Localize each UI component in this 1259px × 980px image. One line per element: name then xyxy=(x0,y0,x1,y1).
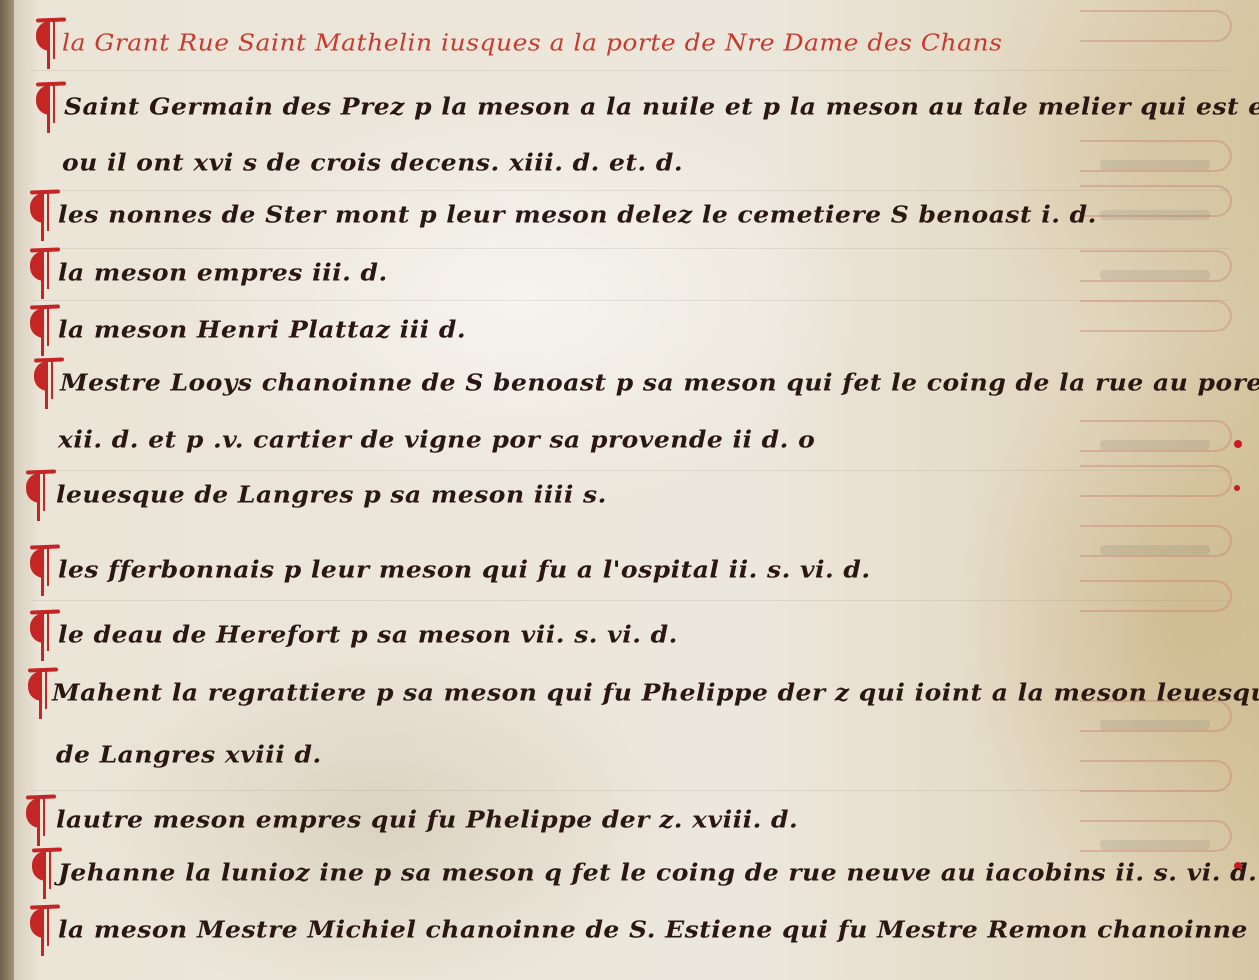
entry-text: Mestre Looys chanoinne de S benoast p sa… xyxy=(60,369,1259,397)
bleedthrough-text xyxy=(1100,160,1210,170)
entry-text: la meson Mestre Michiel chanoinne de S. … xyxy=(58,916,1248,944)
binding-gutter xyxy=(0,0,14,980)
ruling-line xyxy=(30,600,1230,601)
bleedthrough-text xyxy=(1100,720,1210,730)
pilcrow-icon xyxy=(30,545,54,601)
bleedthrough-text xyxy=(1100,270,1210,280)
pilcrow-icon xyxy=(36,82,60,138)
entry-text: la meson empres iii. d. xyxy=(58,259,388,287)
entry-continuation: ou il ont xvi s de crois decens. xiii. d… xyxy=(62,149,683,177)
pilcrow-icon xyxy=(26,795,50,851)
red-ink-dot xyxy=(1234,485,1240,491)
entry-text: Jehanne la lunioz ine p sa meson q fet l… xyxy=(58,859,1257,887)
entry-continuation: de Langres xviii d. xyxy=(56,741,322,769)
entry-text: les nonnes de Ster mont p leur meson del… xyxy=(58,201,1097,229)
bleedthrough-mark xyxy=(1080,465,1232,497)
pilcrow-icon xyxy=(30,610,54,666)
bleedthrough-text xyxy=(1100,840,1210,850)
pilcrow-icon xyxy=(30,905,54,961)
ruling-line xyxy=(30,300,1230,301)
bleedthrough-text xyxy=(1100,210,1210,220)
entry-continuation: xii. d. et p .v. cartier de vigne por sa… xyxy=(58,426,815,454)
rubric-heading: la Grant Rue Saint Mathelin iusques a la… xyxy=(62,29,1002,57)
pilcrow-icon xyxy=(36,18,60,74)
ruling-line xyxy=(30,248,1230,249)
bleedthrough-text xyxy=(1100,545,1210,555)
entry-text: la meson Henri Plattaz iii d. xyxy=(58,316,466,344)
ruling-line xyxy=(30,190,1230,191)
entry-text: lautre meson empres qui fu Phelippe der … xyxy=(56,806,798,834)
entry-text: Mahent la regrattiere p sa meson qui fu … xyxy=(52,679,1259,707)
entry-text: les fferbonnais p leur meson qui fu a l'… xyxy=(58,556,871,584)
pilcrow-icon xyxy=(26,470,50,526)
bleedthrough-mark xyxy=(1080,10,1232,42)
pilcrow-icon xyxy=(28,668,52,724)
ruling-line xyxy=(30,470,1230,471)
pilcrow-icon xyxy=(30,248,54,304)
bleedthrough-text xyxy=(1100,440,1210,450)
pilcrow-icon xyxy=(34,358,58,414)
ruling-line xyxy=(30,790,1230,791)
ruling-line xyxy=(30,70,1230,71)
manuscript-page: la Grant Rue Saint Mathelin iusques a la… xyxy=(0,0,1259,980)
pilcrow-icon xyxy=(30,190,54,246)
entry-text: le deau de Herefort p sa meson vii. s. v… xyxy=(58,621,678,649)
bleedthrough-mark xyxy=(1080,580,1232,612)
bleedthrough-mark xyxy=(1080,300,1232,332)
entry-text: leuesque de Langres p sa meson iiii s. xyxy=(56,481,607,509)
pilcrow-icon xyxy=(30,305,54,361)
entry-text: Saint Germain des Prez p la meson a la n… xyxy=(64,93,1259,121)
pilcrow-icon xyxy=(32,848,56,904)
red-ink-dot xyxy=(1234,440,1242,448)
bleedthrough-mark xyxy=(1080,760,1232,792)
